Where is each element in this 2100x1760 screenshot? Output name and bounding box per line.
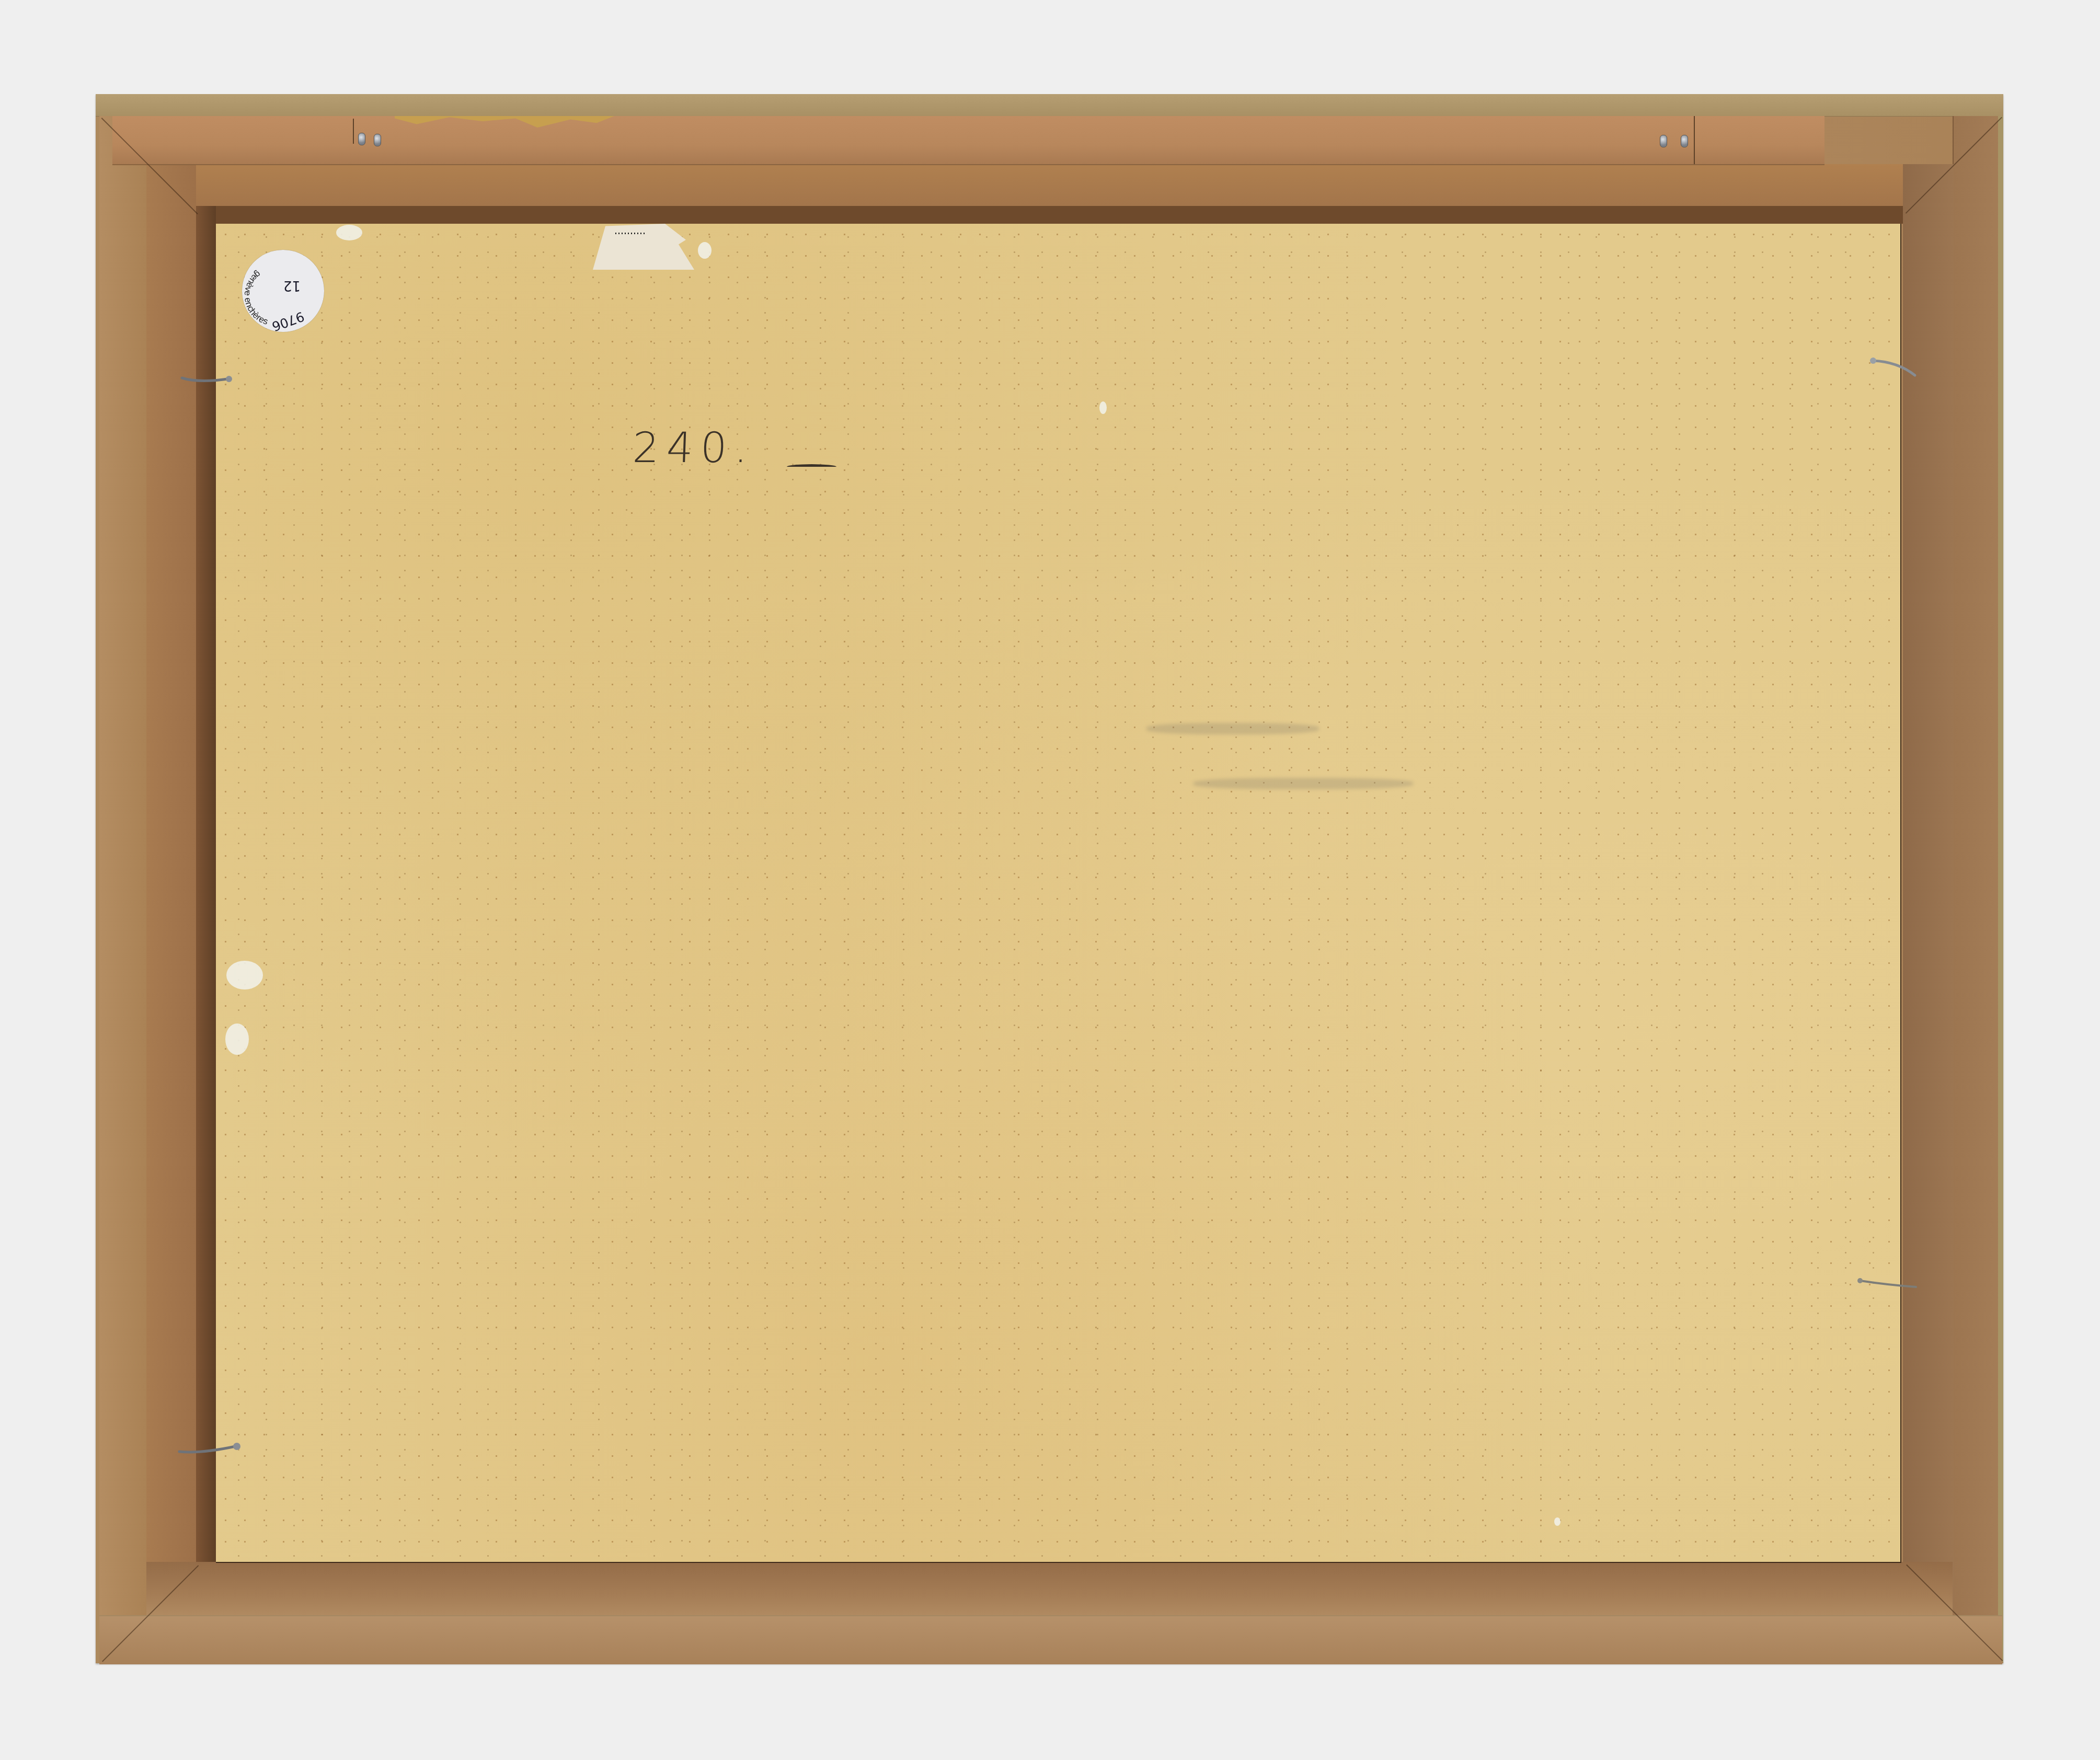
frame-inner-step-bottom xyxy=(146,1562,1953,1615)
paint-spot xyxy=(226,961,263,990)
sticker-inventory-number: 9706 xyxy=(270,308,306,332)
frame-top-edge xyxy=(96,94,2003,117)
paint-spot xyxy=(1099,401,1107,414)
hook-icon xyxy=(175,1440,243,1461)
auction-sticker: genève enchères 12 9706 xyxy=(242,250,324,332)
frame-rabbet-left xyxy=(196,206,216,1562)
svg-text:genève enchères: genève enchères xyxy=(243,269,269,327)
wood-seam xyxy=(1694,116,1695,164)
hanging-bar xyxy=(112,116,1824,165)
paint-spot xyxy=(698,242,712,259)
sticker-brand: genève enchères xyxy=(243,269,269,327)
backing-board xyxy=(216,224,1901,1563)
paint-spot xyxy=(336,225,362,240)
board-texture xyxy=(216,224,1900,1562)
perforation xyxy=(614,233,645,234)
pencil-mark xyxy=(1146,723,1319,734)
frame-right-rail xyxy=(1953,116,2001,1658)
hook-icon xyxy=(178,369,235,389)
wood-seam xyxy=(353,119,354,144)
paint-spot xyxy=(1554,1517,1560,1526)
pencil-mark xyxy=(1194,778,1413,789)
screw-icon xyxy=(1660,135,1667,147)
hook-icon xyxy=(1869,355,1926,382)
sticker-text-art: genève enchères 12 9706 xyxy=(242,250,324,332)
frame-inner-step-top xyxy=(146,164,1953,206)
hook-icon xyxy=(1856,1275,1924,1296)
price-dash xyxy=(787,464,836,469)
screw-icon xyxy=(374,134,381,146)
screw-icon xyxy=(1681,135,1688,147)
handwritten-price: 240. xyxy=(632,423,755,472)
frame-left-rail xyxy=(99,116,147,1658)
paint-spot xyxy=(225,1023,249,1055)
screw-icon xyxy=(358,133,365,145)
gilt-residue xyxy=(395,116,614,128)
frame-inner-step-right xyxy=(1903,164,1954,1615)
frame-bottom-rail xyxy=(99,1615,2002,1664)
frame-rabbet-top xyxy=(196,206,1903,224)
sticker-lot-number: 12 xyxy=(283,278,301,293)
frame-right-edge xyxy=(1998,116,2003,1662)
